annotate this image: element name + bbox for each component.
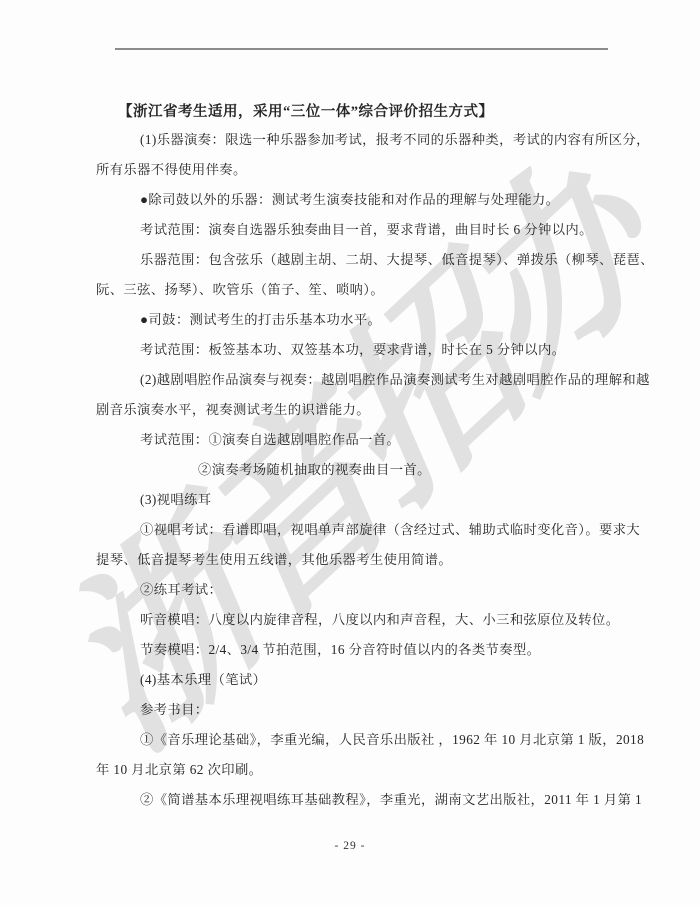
page-number: - 29 - — [0, 840, 700, 852]
text-line: 考试范围：①演奏自选越剧唱腔作品一首。 — [96, 425, 612, 455]
text-line: ②练耳考试： — [96, 575, 612, 605]
document-body: (1)乐器演奏：限选一种乐器参加考试，报考不同的乐器种类，考试的内容有所区分，所… — [96, 125, 612, 815]
text-line: (4)基本乐理（笔试） — [96, 665, 612, 695]
document-page: 浙音招办 【浙江省考生适用，采用“三位一体”综合评价招生方式】 (1)乐器演奏：… — [0, 0, 700, 905]
text-line: (1)乐器演奏：限选一种乐器参加考试，报考不同的乐器种类，考试的内容有所区分， — [96, 125, 612, 155]
text-line: 节奏模唱：2/4、3/4 节拍范围，16 分音符时值以内的各类节奏型。 — [96, 635, 612, 665]
text-line: ①视唱考试：看谱即唱，视唱单声部旋律（含经过式、辅助式临时变化音）。要求大 — [96, 515, 612, 545]
text-line: 乐器范围：包含弦乐（越剧主胡、二胡、大提琴、低音提琴）、弹拨乐（柳琴、琵琶、 — [96, 245, 612, 275]
text-line: ②演奏考场随机抽取的视奏曲目一首。 — [96, 455, 612, 485]
text-line: 年 10 月北京第 62 次印刷。 — [96, 755, 612, 785]
text-line: ●除司鼓以外的乐器：测试考生演奏技能和对作品的理解与处理能力。 — [96, 185, 612, 215]
text-line: 考试范围：演奏自选器乐独奏曲目一首，要求背谱，曲目时长 6 分钟以内。 — [96, 215, 612, 245]
text-line: ①《音乐理论基础》，李重光编，人民音乐出版社 ，1962 年 10 月北京第 1… — [96, 725, 612, 755]
text-line: 所有乐器不得使用伴奏。 — [96, 155, 612, 185]
text-line: 参考书目： — [96, 695, 612, 725]
text-line: 剧音乐演奏水平，视奏测试考生的识谱能力。 — [96, 395, 612, 425]
text-line: 阮、三弦、扬琴）、吹管乐（笛子、笙、唢呐）。 — [96, 275, 612, 305]
text-line: (2)越剧唱腔作品演奏与视奏：越剧唱腔作品演奏测试考生对越剧唱腔作品的理解和越 — [96, 365, 612, 395]
text-line: 提琴、低音提琴考生使用五线谱，其他乐器考生使用简谱。 — [96, 545, 612, 575]
text-line: 考试范围：板签基本功、双签基本功，要求背谱，时长在 5 分钟以内。 — [96, 335, 612, 365]
header-rule — [115, 48, 608, 50]
text-line: (3)视唱练耳 — [96, 485, 612, 515]
text-line: ②《简谱基本乐理视唱练耳基础教程》，李重光，湖南文艺出版社，2011 年 1 月… — [96, 785, 612, 815]
text-line: 听音模唱：八度以内旋律音程，八度以内和声音程，大、小三和弦原位及转位。 — [96, 605, 612, 635]
section-title: 【浙江省考生适用，采用“三位一体”综合评价招生方式】 — [118, 100, 494, 121]
text-line: ●司鼓：测试考生的打击乐基本功水平。 — [96, 305, 612, 335]
